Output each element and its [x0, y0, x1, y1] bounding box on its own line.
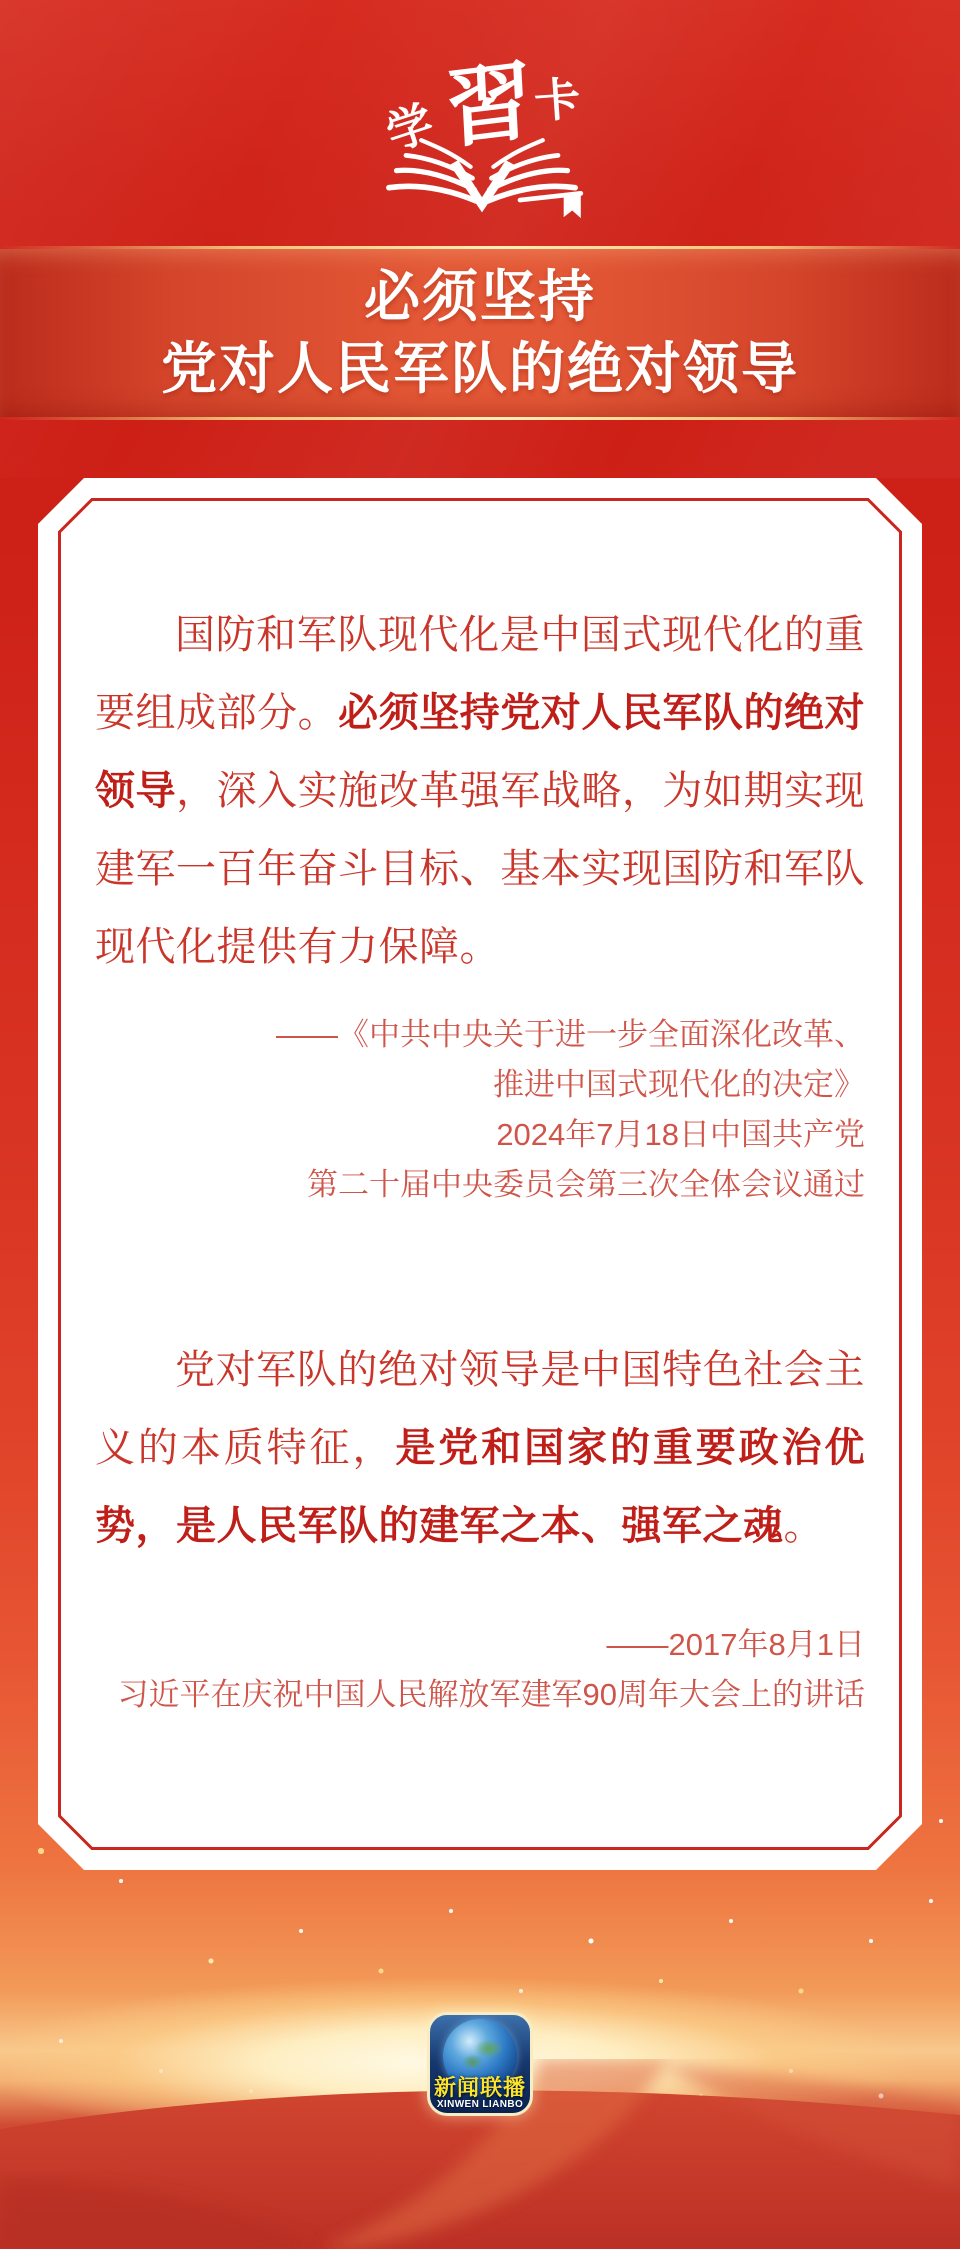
page-title-line1: 必须坚持 [364, 265, 596, 329]
page-title-line2: 党对人民军队的绝对领导 [161, 337, 799, 401]
quote-attribution-1: ——《中共中央关于进一步全面深化改革、推进中国式现代化的决定》2024年7月18… [95, 1010, 865, 1210]
study-card-poster: 学 習 卡 必须坚持 党对人民军队的绝对领导 国防和军队现代化是中国式现代化的重… [0, 0, 960, 2249]
xinwen-lianbo-logo: 新闻联播 XINWEN LIANBO [427, 2012, 533, 2116]
title-band: 必须坚持 党对人民军队的绝对领导 [0, 249, 960, 417]
brand-char-ka: 卡 [532, 62, 582, 131]
gold-divider-bottom [0, 417, 960, 420]
quote-card: 国防和军队现代化是中国式现代化的重要组成部分。必须坚持党对人民军队的绝对领导，深… [38, 478, 922, 1870]
sparkle-dots [0, 1640, 2, 1642]
footer-logo-cn: 新闻联播 [430, 2071, 530, 2102]
quote-attribution-2: ——2017年8月1日习近平在庆祝中国人民解放军建军90周年大会上的讲话 [95, 1620, 865, 1720]
brand-logo: 学 習 卡 [372, 48, 592, 220]
quote-paragraph-2: 党对军队的绝对领导是中国特色社会主义的本质特征，是党和国家的重要政治优势，是人民… [95, 1331, 865, 1565]
footer-logo-en: XINWEN LIANBO [430, 2099, 530, 2110]
quote-block-2: 党对军队的绝对领导是中国特色社会主义的本质特征，是党和国家的重要政治优势，是人民… [95, 1331, 865, 1565]
quote-paragraph-1: 国防和军队现代化是中国式现代化的重要组成部分。必须坚持党对人民军队的绝对领导，深… [95, 596, 865, 986]
brand-char-xi: 習 [443, 31, 535, 166]
quote-block-1: 国防和军队现代化是中国式现代化的重要组成部分。必须坚持党对人民军队的绝对领导，深… [95, 596, 865, 986]
